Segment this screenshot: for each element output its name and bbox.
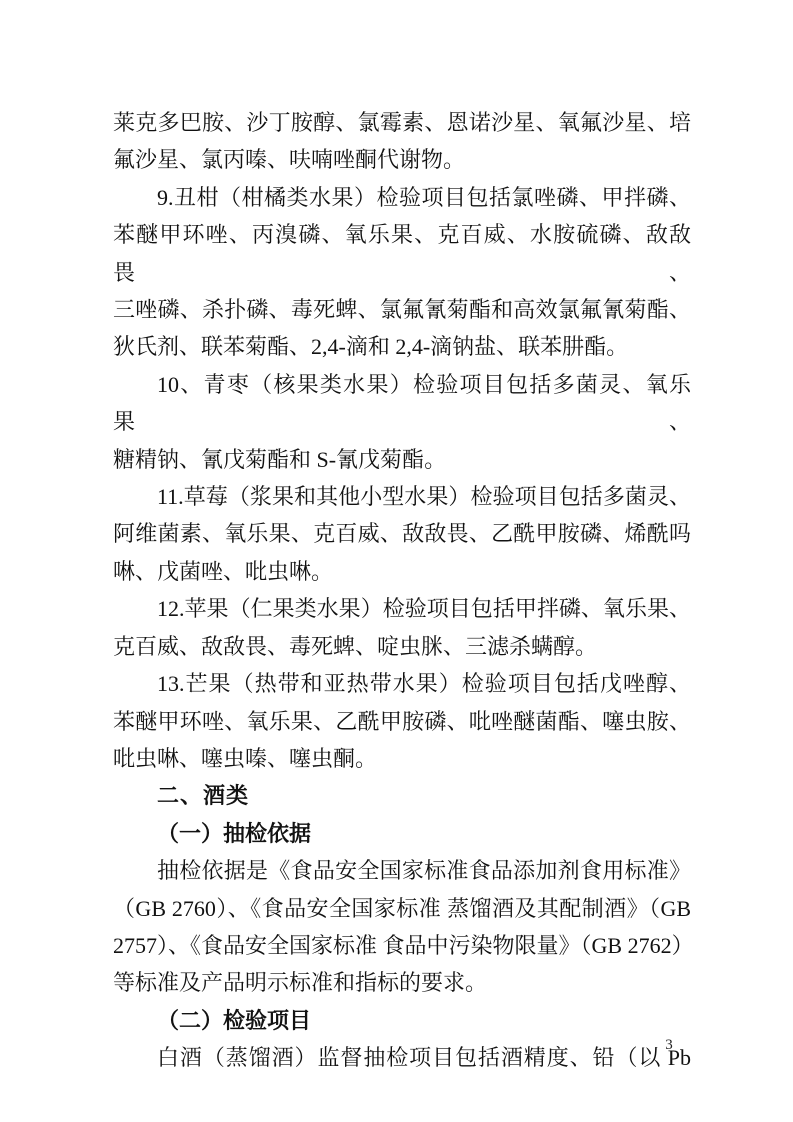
paragraph-line: （GB 2760）、《食品安全国家标准 蒸馏酒及其配制酒》（GB bbox=[113, 890, 691, 927]
document-body: 莱克多巴胺、沙丁胺醇、氯霉素、恩诺沙星、氧氟沙星、培氟沙星、氯丙嗪、呋喃唑酮代谢… bbox=[113, 104, 691, 1077]
document-page: 莱克多巴胺、沙丁胺醇、氯霉素、恩诺沙星、氧氟沙星、培氟沙星、氯丙嗪、呋喃唑酮代谢… bbox=[0, 0, 793, 1122]
paragraph-line: 2757）、《食品安全国家标准 食品中污染物限量》（GB 2762） bbox=[113, 927, 691, 964]
heading-section: 二、酒类 bbox=[113, 777, 691, 814]
paragraph-line: 12.苹果（仁果类水果）检验项目包括甲拌磷、氧乐果、 bbox=[113, 590, 691, 627]
paragraph-line: 氟沙星、氯丙嗪、呋喃唑酮代谢物。 bbox=[113, 141, 691, 178]
paragraph-line: 阿维菌素、氧乐果、克百威、敌敌畏、乙酰甲胺磷、烯酰吗 bbox=[113, 515, 691, 552]
paragraph-line: 9.丑柑（柑橘类水果）检验项目包括氯唑磷、甲拌磷、 bbox=[113, 179, 691, 216]
paragraph-line: 三唑磷、杀扑磷、毒死蜱、氯氟氰菊酯和高效氯氟氰菊酯、 bbox=[113, 291, 691, 328]
paragraph: 9.丑柑（柑橘类水果）检验项目包括氯唑磷、甲拌磷、苯醚甲环唑、丙溴磷、氧乐果、克… bbox=[113, 179, 691, 366]
paragraph: 11.草莓（浆果和其他小型水果）检验项目包括多菌灵、阿维菌素、氧乐果、克百威、敌… bbox=[113, 478, 691, 590]
paragraph: 13.芒果（热带和亚热带水果）检验项目包括戊唑醇、苯醚甲环唑、氧乐果、乙酰甲胺磷… bbox=[113, 665, 691, 777]
paragraph-line: （一）抽检依据 bbox=[113, 815, 691, 852]
heading-sub: （二）检验项目 bbox=[113, 1002, 691, 1039]
paragraph-line: 二、酒类 bbox=[113, 777, 691, 814]
paragraph: 10、青枣（核果类水果）检验项目包括多菌灵、氧乐果、糖精钠、氰戊菊酯和 S-氰戊… bbox=[113, 366, 691, 478]
paragraph-line: 莱克多巴胺、沙丁胺醇、氯霉素、恩诺沙星、氧氟沙星、培 bbox=[113, 104, 691, 141]
paragraph: 莱克多巴胺、沙丁胺醇、氯霉素、恩诺沙星、氧氟沙星、培氟沙星、氯丙嗪、呋喃唑酮代谢… bbox=[113, 104, 691, 179]
paragraph-line: 狄氏剂、联苯菊酯、2,4-滴和 2,4-滴钠盐、联苯肼酯。 bbox=[113, 328, 691, 365]
paragraph-line: 吡虫啉、噻虫嗪、噻虫酮。 bbox=[113, 740, 691, 777]
paragraph-line: 啉、戊菌唑、吡虫啉。 bbox=[113, 553, 691, 590]
paragraph-line: 克百威、敌敌畏、毒死蜱、啶虫脒、三滤杀螨醇。 bbox=[113, 628, 691, 665]
paragraph-line: 苯醚甲环唑、丙溴磷、氧乐果、克百威、水胺硫磷、敌敌畏、 bbox=[113, 216, 691, 291]
paragraph-line: 11.草莓（浆果和其他小型水果）检验项目包括多菌灵、 bbox=[113, 478, 691, 515]
page-number: 3 bbox=[640, 1034, 698, 1056]
paragraph: 12.苹果（仁果类水果）检验项目包括甲拌磷、氧乐果、克百威、敌敌畏、毒死蜱、啶虫… bbox=[113, 590, 691, 665]
paragraph: 白酒（蒸馏酒）监督抽检项目包括酒精度、铅（以 Pb bbox=[113, 1039, 691, 1076]
paragraph-line: 13.芒果（热带和亚热带水果）检验项目包括戊唑醇、 bbox=[113, 665, 691, 702]
paragraph-line: 等标准及产品明示标准和指标的要求。 bbox=[113, 964, 691, 1001]
paragraph-line: （二）检验项目 bbox=[113, 1002, 691, 1039]
paragraph-line: 10、青枣（核果类水果）检验项目包括多菌灵、氧乐果、 bbox=[113, 366, 691, 441]
paragraph-line: 苯醚甲环唑、氧乐果、乙酰甲胺磷、吡唑醚菌酯、噻虫胺、 bbox=[113, 703, 691, 740]
paragraph-line: 糖精钠、氰戊菊酯和 S-氰戊菊酯。 bbox=[113, 441, 691, 478]
heading-sub: （一）抽检依据 bbox=[113, 815, 691, 852]
paragraph-line: 抽检依据是《食品安全国家标准食品添加剂食用标准》 bbox=[113, 852, 691, 889]
paragraph-line: 白酒（蒸馏酒）监督抽检项目包括酒精度、铅（以 Pb bbox=[113, 1039, 691, 1076]
paragraph: 抽检依据是《食品安全国家标准食品添加剂食用标准》（GB 2760）、《食品安全国… bbox=[113, 852, 691, 1002]
